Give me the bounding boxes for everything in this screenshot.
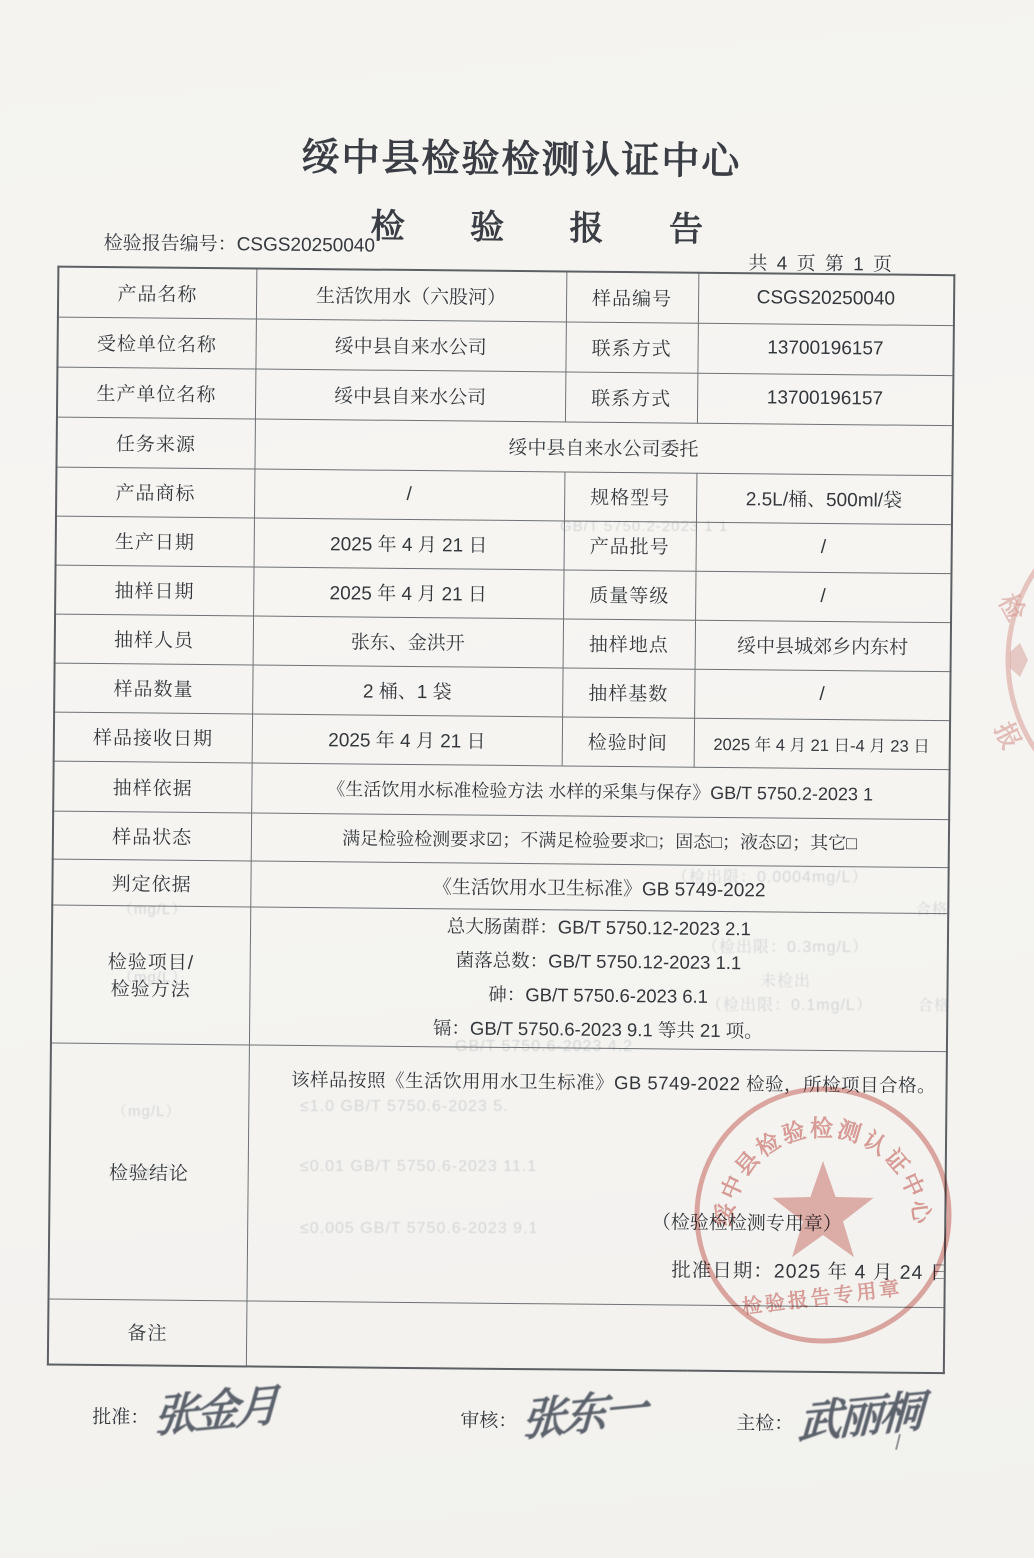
field-label: 样品数量	[54, 663, 252, 714]
field-label: 抽样人员	[55, 614, 253, 665]
test-items-methods: 总大肠菌群：GB/T 5750.12-2023 2.1 菌落总数：GB/T 57…	[249, 906, 948, 1051]
field-value: 13700196157	[697, 373, 953, 425]
field-label: 质量等级	[563, 569, 695, 619]
field-value: 2025 年 4 月 21 日	[253, 566, 563, 618]
field-label: 抽样依据	[53, 761, 251, 813]
field-value: 张东、金洪开	[253, 615, 563, 667]
field-value: /	[695, 571, 951, 622]
approver-signature: 张金月	[153, 1369, 278, 1445]
field-label: 联系方式	[565, 321, 697, 372]
approver-block: 批准：张金月	[92, 1372, 273, 1438]
seal-note: （检验检检测专用章）	[652, 1207, 842, 1236]
report-content: 绥中县检验检测认证中心 检 验 报 告 检验报告编号：CSGS20250040 …	[0, 0, 1034, 1558]
approve-date: 批准日期：2025 年 4 月 24 日	[671, 1254, 947, 1285]
field-label: 检验结论	[48, 1043, 248, 1301]
inspector-signature: 武丽桐	[797, 1375, 922, 1451]
table-row: 产品名称 生活饮用水（六股河） 样品编号 CSGS20250040	[58, 267, 954, 326]
org-title: 绥中县检验检测认证中心	[4, 123, 1034, 188]
table-row: 生产日期 2025 年 4 月 21 日 产品批号 /	[56, 516, 952, 574]
conclusion-cell: 该样品按照《生活饮用用水卫生标准》GB 5749-2022 检验，所检项目合格。…	[246, 1044, 946, 1307]
field-value: 2025 年 4 月 21 日	[252, 713, 562, 765]
table-row: 受检单位名称 绥中县自来水公司 联系方式 13700196157	[57, 317, 953, 376]
field-label: 联系方式	[565, 371, 697, 422]
field-value: /	[694, 669, 950, 720]
field-label: 备注	[48, 1299, 247, 1367]
review-label: 审核：	[460, 1410, 517, 1432]
inspect-label: 主检：	[736, 1413, 793, 1435]
table-row: 生产单位名称 绥中县自来水公司 联系方式 13700196157	[57, 367, 953, 426]
field-label: 产品批号	[564, 520, 696, 570]
reviewer-signature: 张东一	[521, 1372, 646, 1448]
table-row: 任务来源 绥中县自来水公司委托	[56, 417, 952, 476]
field-label: 抽样地点	[563, 618, 695, 668]
field-label: 样品编号	[566, 271, 698, 322]
field-value: 2025 年 4 月 21 日	[254, 517, 564, 569]
field-label: 样品状态	[53, 811, 251, 861]
field-label: 抽样基数	[562, 667, 694, 717]
field-value: 2.5L/桶、500ml/袋	[696, 473, 952, 524]
table-row: 样品数量 2 桶、1 袋 抽样基数 /	[54, 663, 950, 721]
field-label: 检验时间	[562, 716, 694, 766]
reviewer-block: 审核：张东一	[460, 1375, 641, 1441]
field-label: 抽样日期	[55, 565, 253, 616]
field-value: 2 桶、1 袋	[252, 664, 562, 716]
field-label: 样品接收日期	[54, 712, 252, 763]
approve-label: 批准：	[92, 1407, 149, 1429]
field-value: 2025 年 4 月 21 日-4 月 23 日	[694, 718, 950, 769]
field-label: 规格型号	[564, 471, 696, 521]
remarks-value	[246, 1300, 945, 1373]
field-label: 任务来源	[56, 417, 254, 469]
field-value: 绥中县城郊乡内东村	[695, 620, 951, 671]
field-label: 判定依据	[52, 859, 250, 907]
field-value: /	[696, 522, 952, 573]
table-row: 检验项目/ 检验方法 总大肠菌群：GB/T 5750.12-2023 2.1 菌…	[51, 905, 948, 1052]
field-label: 产品商标	[56, 467, 254, 518]
field-label: 受检单位名称	[57, 317, 255, 369]
table-row: 样品接收日期 2025 年 4 月 21 日 检验时间 2025 年 4 月 2…	[54, 712, 950, 770]
field-value: 13700196157	[697, 323, 953, 375]
table-row: 抽样依据 《生活饮用水标准检验方法 水样的采集与保存》GB/T 5750.2-2…	[53, 761, 949, 820]
field-value: /	[254, 468, 564, 520]
report-number: 检验报告编号：CSGS20250040	[104, 228, 376, 258]
field-label: 产品名称	[58, 267, 256, 319]
field-value: 绥中县自来水公司	[255, 368, 565, 421]
field-value: 绥中县自来水公司委托	[254, 418, 952, 475]
field-value: 《生活饮用水卫生标准》GB 5749-2022	[250, 860, 948, 913]
table-row: 备注	[48, 1299, 945, 1374]
table-row: 抽样人员 张东、金洪开 抽样地点 绥中县城郊乡内东村	[55, 614, 951, 672]
field-value: 绥中县自来水公司	[255, 318, 565, 371]
table-row: 产品商标 / 规格型号 2.5L/桶、500ml/袋	[56, 467, 952, 525]
table-row: 抽样日期 2025 年 4 月 21 日 质量等级 /	[55, 565, 951, 623]
sample-state-checkboxes: 满足检验检测要求☑；不满足检验要求□；固态□；液态☑；其它□	[251, 812, 949, 867]
conclusion-text: 该样品按照《生活饮用用水卫生标准》GB 5749-2022 检验，所检项目合格。	[291, 1065, 936, 1097]
field-label: 生产单位名称	[57, 367, 255, 419]
field-value: 《生活饮用水标准检验方法 水样的采集与保存》GB/T 5750.2-2023 1	[251, 762, 949, 819]
field-value: CSGS20250040	[698, 273, 954, 325]
field-value: 生活饮用水（六股河）	[256, 268, 566, 321]
inspector-block: 主检：武丽桐	[736, 1378, 917, 1444]
report-sheet: GB/T 5750.2-2023 1 1（检出限：0.0004mg/L）（mg/…	[0, 0, 1034, 1558]
field-label: 检验项目/ 检验方法	[51, 905, 250, 1045]
table-row: 样品状态 满足检验检测要求☑；不满足检验要求□；固态□；液态☑；其它□	[53, 811, 949, 868]
report-table: 产品名称 生活饮用水（六股河） 样品编号 CSGS20250040 受检单位名称…	[47, 266, 956, 1375]
field-label: 生产日期	[56, 516, 254, 567]
table-row: 检验结论 该样品按照《生活饮用用水卫生标准》GB 5749-2022 检验，所检…	[48, 1043, 946, 1308]
